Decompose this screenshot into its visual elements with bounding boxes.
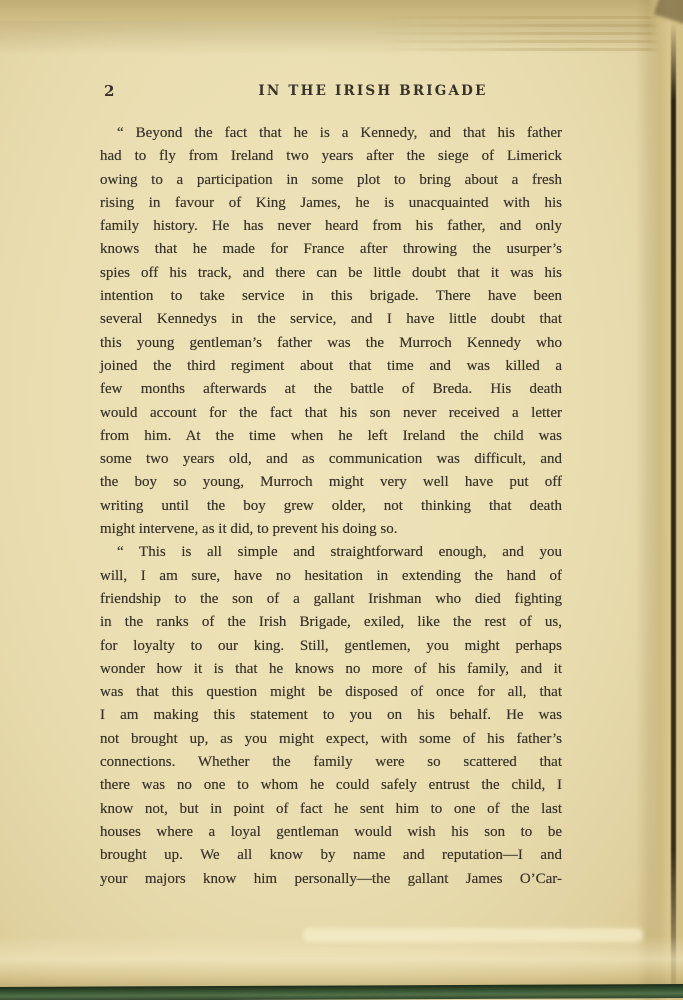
text-line: spies off his track, and there can be li…: [100, 262, 562, 285]
bottom-page-edge-highlight: [303, 928, 643, 942]
text-line: “ This is all simple and straightforward…: [100, 541, 562, 564]
text-line: in the ranks of the Irish Brigade, exile…: [100, 611, 562, 634]
text-line: some two years old, and as communication…: [100, 448, 562, 471]
text-line: family history. He has never heard from …: [100, 215, 562, 238]
text-line: rising in favour of King James, he is un…: [100, 192, 562, 215]
page-body: “ Beyond the fact that he is a Kennedy, …: [100, 122, 562, 891]
text-line: would account for the fact that his son …: [100, 402, 562, 425]
text-line: had to fly from Ireland two years after …: [100, 145, 562, 168]
text-line: for loyalty to our king. Still, gentleme…: [100, 635, 562, 658]
page-bottom-edges: [0, 936, 683, 988]
text-line: intention to take service in this brigad…: [100, 285, 562, 308]
paragraph: “ Beyond the fact that he is a Kennedy, …: [100, 122, 562, 541]
text-line: from him. At the time when he left Irela…: [100, 425, 562, 448]
text-line: was that this question might be disposed…: [100, 681, 562, 704]
page-content: 2 IN THE IRISH BRIGADE “ Beyond the fact…: [100, 80, 562, 891]
text-line: I am making this statement to you on his…: [100, 704, 562, 727]
text-line: not brought up, as you might expect, wit…: [100, 728, 562, 751]
text-line: this young gentleman’s father was the Mu…: [100, 332, 562, 355]
text-line: joined the third regiment about that tim…: [100, 355, 562, 378]
paragraph: “ This is all simple and straightforward…: [100, 541, 562, 890]
page-number: 2: [104, 82, 115, 100]
page-header: 2 IN THE IRISH BRIGADE: [100, 80, 562, 106]
text-line: connections. Whether the family were so …: [100, 751, 562, 774]
text-line: several Kennedys in the service, and I h…: [100, 308, 562, 331]
text-line: there was no one to whom he could safely…: [100, 774, 562, 797]
text-line: writing until the boy grew older, not th…: [100, 495, 562, 518]
text-line: few months afterwards at the battle of B…: [100, 378, 562, 401]
page-right-dark-line: [671, 22, 676, 996]
text-line: will, I am sure, have no hesitation in e…: [100, 565, 562, 588]
book-cover-edge: [0, 984, 683, 1000]
text-line: your majors know him personally—the gall…: [100, 868, 562, 891]
text-line: know not, but in point of fact he sent h…: [100, 798, 562, 821]
text-line: “ Beyond the fact that he is a Kennedy, …: [100, 122, 562, 145]
text-line: owing to a participation in some plot to…: [100, 169, 562, 192]
text-line: knows that he made for France after thro…: [100, 238, 562, 261]
text-line: houses where a loyal gentleman would wis…: [100, 821, 562, 844]
book-page-scan: 2 IN THE IRISH BRIGADE “ Beyond the fact…: [0, 0, 683, 1000]
text-line: brought up. We all know by name and repu…: [100, 844, 562, 867]
text-line: wonder how it is that he knows no more o…: [100, 658, 562, 681]
text-line: the boy so young, Murroch might very wel…: [100, 471, 562, 494]
text-line: might intervene, as it did, to prevent h…: [100, 518, 562, 541]
text-line: friendship to the son of a gallant Irish…: [100, 588, 562, 611]
running-header: IN THE IRISH BRIGADE: [184, 83, 562, 99]
